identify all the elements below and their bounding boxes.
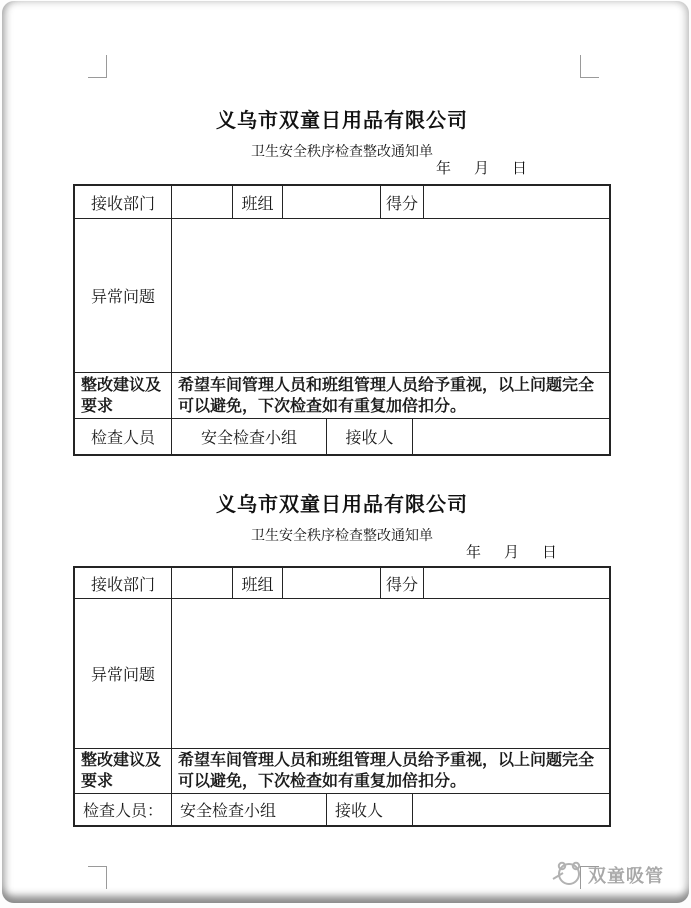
team-value-cell <box>283 568 381 598</box>
document-page: 义乌市双童日用品有限公司 卫生安全秩序检查整改通知单 年 月 日 接收部门 班组… <box>0 0 691 908</box>
company-title: 义乌市双童日用品有限公司 <box>73 492 611 518</box>
inspector-label: 检查人员： <box>75 794 172 825</box>
form-title: 卫生安全秩序检查整改通知单 <box>73 526 611 544</box>
table-row-inspector: 检查人员： 安全检查小组 接收人 <box>75 794 609 825</box>
receiver-value-cell <box>413 794 609 825</box>
score-value-cell <box>424 186 609 218</box>
score-value-cell <box>424 568 609 598</box>
suggestion-label: 整改建议及要求 <box>75 373 172 418</box>
receiving-dept-label: 接收部门 <box>75 186 172 218</box>
inspector-value: 安全检查小组 <box>172 419 327 454</box>
table-row-abnormal: 异常问题 <box>75 599 609 749</box>
table-row-suggestion: 整改建议及要求 希望车间管理人员和班组管理人员给予重视，以上问题完全可以避免，下… <box>75 749 609 794</box>
watermark-logo: 双童吸管 <box>552 857 664 892</box>
receiving-dept-value-cell <box>172 568 233 598</box>
score-label: 得分 <box>381 186 424 218</box>
table-row-header: 接收部门 班组 得分 <box>75 186 609 219</box>
text-boundary-mark-top-left <box>88 55 107 78</box>
score-label: 得分 <box>381 568 424 598</box>
receiving-dept-label: 接收部门 <box>75 568 172 598</box>
text-boundary-mark-bottom-left <box>88 866 107 889</box>
notice-table: 接收部门 班组 得分 异常问题 整改建议及要求 希望车间管理人员和班组管理人员给… <box>73 566 611 827</box>
table-row-abnormal: 异常问题 <box>75 219 609 373</box>
text-boundary-mark-top-right <box>580 55 599 78</box>
receiver-label: 接收人 <box>327 794 413 825</box>
abnormal-value-cell <box>172 219 609 372</box>
abnormal-label: 异常问题 <box>75 599 172 748</box>
suggestion-text: 希望车间管理人员和班组管理人员给予重视，以上问题完全可以避免，下次检查如有重复加… <box>172 749 609 793</box>
team-label: 班组 <box>233 568 283 598</box>
watermark-text: 双童吸管 <box>588 862 664 888</box>
date-line: 年 月 日 <box>73 544 611 562</box>
form-title: 卫生安全秩序检查整改通知单 <box>73 142 611 160</box>
team-value-cell <box>283 186 381 218</box>
notice-table: 接收部门 班组 得分 异常问题 整改建议及要求 希望车间管理人员和班组管理人员给… <box>73 184 611 456</box>
inspector-label: 检查人员 <box>75 419 172 454</box>
receiver-label: 接收人 <box>327 419 413 454</box>
date-line: 年 月 日 <box>73 160 611 178</box>
receiving-dept-value-cell <box>172 186 233 218</box>
table-row-header: 接收部门 班组 得分 <box>75 568 609 599</box>
notice-form-1: 义乌市双童日用品有限公司 卫生安全秩序检查整改通知单 年 月 日 接收部门 班组… <box>73 108 611 456</box>
inspector-value: 安全检查小组 <box>172 794 327 825</box>
suggestion-label: 整改建议及要求 <box>75 749 172 793</box>
panda-logo-icon <box>552 857 584 892</box>
team-label: 班组 <box>233 186 283 218</box>
notice-form-2: 义乌市双童日用品有限公司 卫生安全秩序检查整改通知单 年 月 日 接收部门 班组… <box>73 492 611 827</box>
table-row-inspector: 检查人员 安全检查小组 接收人 <box>75 419 609 454</box>
receiver-value-cell <box>413 419 609 454</box>
table-row-suggestion: 整改建议及要求 希望车间管理人员和班组管理人员给予重视，以上问题完全可以避免，下… <box>75 373 609 419</box>
suggestion-text: 希望车间管理人员和班组管理人员给予重视，以上问题完全可以避免，下次检查如有重复加… <box>172 373 609 418</box>
abnormal-label: 异常问题 <box>75 219 172 372</box>
company-title: 义乌市双童日用品有限公司 <box>73 108 611 134</box>
abnormal-value-cell <box>172 599 609 748</box>
